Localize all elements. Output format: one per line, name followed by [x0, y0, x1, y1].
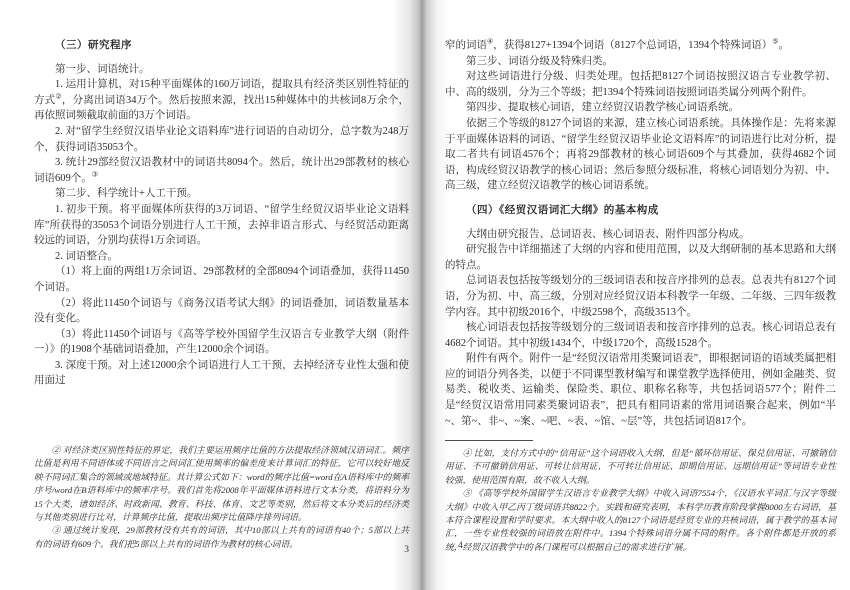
left-page: （三）研究程序 第一步、词语统计。 1. 运用计算机，对15种平面媒体的160万…: [34, 38, 409, 389]
paragraph: 第二步、科学统计+人工干预。: [34, 186, 409, 202]
paragraph: 3. 深度干预。对上述12000余个词语进行人工干预，去掉经济专业性太强和使用面…: [34, 358, 409, 389]
paragraph: 依据三个等级的8127个词语的来源，建立核心词语系统。具体操作是：先将来源于平面…: [445, 116, 836, 194]
paragraph: 1. 初步干预。将平面媒体所获得的3万词语、“留学生经贸汉语毕业论文语料库”所获…: [34, 202, 409, 249]
paragraph: （2）将此11450个词语与《商务汉语考试大纲》的词语叠加，词语数量基本没有变化…: [34, 296, 409, 327]
paragraph: 第四步、提取核心词语，建立经贸汉语教学核心词语系统。: [445, 100, 836, 116]
footnote-divider: [445, 440, 533, 441]
paragraph: 第一步、词语统计。: [34, 62, 409, 78]
footnote: ② 对经济类区别性特征的界定，我们主要运用频序比值的方法提取经济领域汉语词汇。频…: [34, 444, 409, 524]
paragraph: 总词语表包括按等级划分的三级词语表和按音序排列的总表。总表共有8127个词语，分…: [445, 273, 836, 320]
paragraph: 大纲由研究报告、总词语表、核心词语表、附件四部分构成。: [445, 227, 836, 243]
paragraph: 对这些词语进行分级、归类处理。包括把8127个词语按照汉语言专业教学初、中、高的…: [445, 69, 836, 100]
page-number: 4: [458, 541, 463, 551]
paragraph: 研究报告中详细描述了大纲的内容和使用范围，以及大纲研制的基本思路和大纲的特点。: [445, 242, 836, 273]
paragraph: 窄的词语④，获得8127+1394个词语（8127个总词语，1394个特殊词语）…: [445, 38, 836, 54]
right-page: 窄的词语④，获得8127+1394个词语（8127个总词语，1394个特殊词语）…: [445, 38, 836, 429]
paragraph: （1）将上面的两组1万余词语、29部教材的全部8094个词语叠加，获得11450…: [34, 264, 409, 295]
left-page-footnotes: ② 对经济类区别性特征的界定，我们主要运用频序比值的方法提取经济领域汉语词汇。频…: [34, 444, 409, 551]
footnote: ⑤ 《高等学校外国留学生汉语言专业教学大纲》中收入词语7554个，《汉语水平词汇…: [445, 487, 836, 554]
right-page-footnotes: ④ 比如，支付方式中的“信用证”这个词语收入大纲，但是“循环信用证、保兑信用证、…: [445, 440, 836, 554]
page-number: 3: [34, 545, 409, 555]
paragraph: （3）将此11450个词语与《高等学校外国留学生汉语言专业教学大纲（附件一）》的…: [34, 327, 409, 358]
paragraph: 附件有两个。附件一是“经贸汉语常用类聚词语表”，即根据词语的语域类属把相应的词语…: [445, 351, 836, 429]
paragraph: 2. 对“留学生经贸汉语毕业论文语料库”进行词语的自动切分，总字数为248万个，…: [34, 124, 409, 155]
paragraph: 第三步、词语分级及特殊归类。: [445, 54, 836, 70]
footnote: ④ 比如，支付方式中的“信用证”这个词语收入大纲，但是“循环信用证、保兑信用证、…: [445, 447, 836, 487]
paragraph: 3. 统计29部经贸汉语教材中的词语共8094个。然后，统计出29部教材的核心词…: [34, 155, 409, 186]
paragraph: 1. 运用计算机，对15种平面媒体的160万词语，提取具有经济类区别性特征的方式…: [34, 77, 409, 124]
paragraph: 核心词语表包括按等级划分的三级词语表和按音序排列的总表。核心词语总表有4682个…: [445, 320, 836, 351]
section-heading: （三）研究程序: [34, 38, 409, 54]
section-heading: （四）《经贸汉语词汇大纲》的基本构成: [445, 203, 836, 219]
paragraph: 2. 词语整合。: [34, 249, 409, 265]
